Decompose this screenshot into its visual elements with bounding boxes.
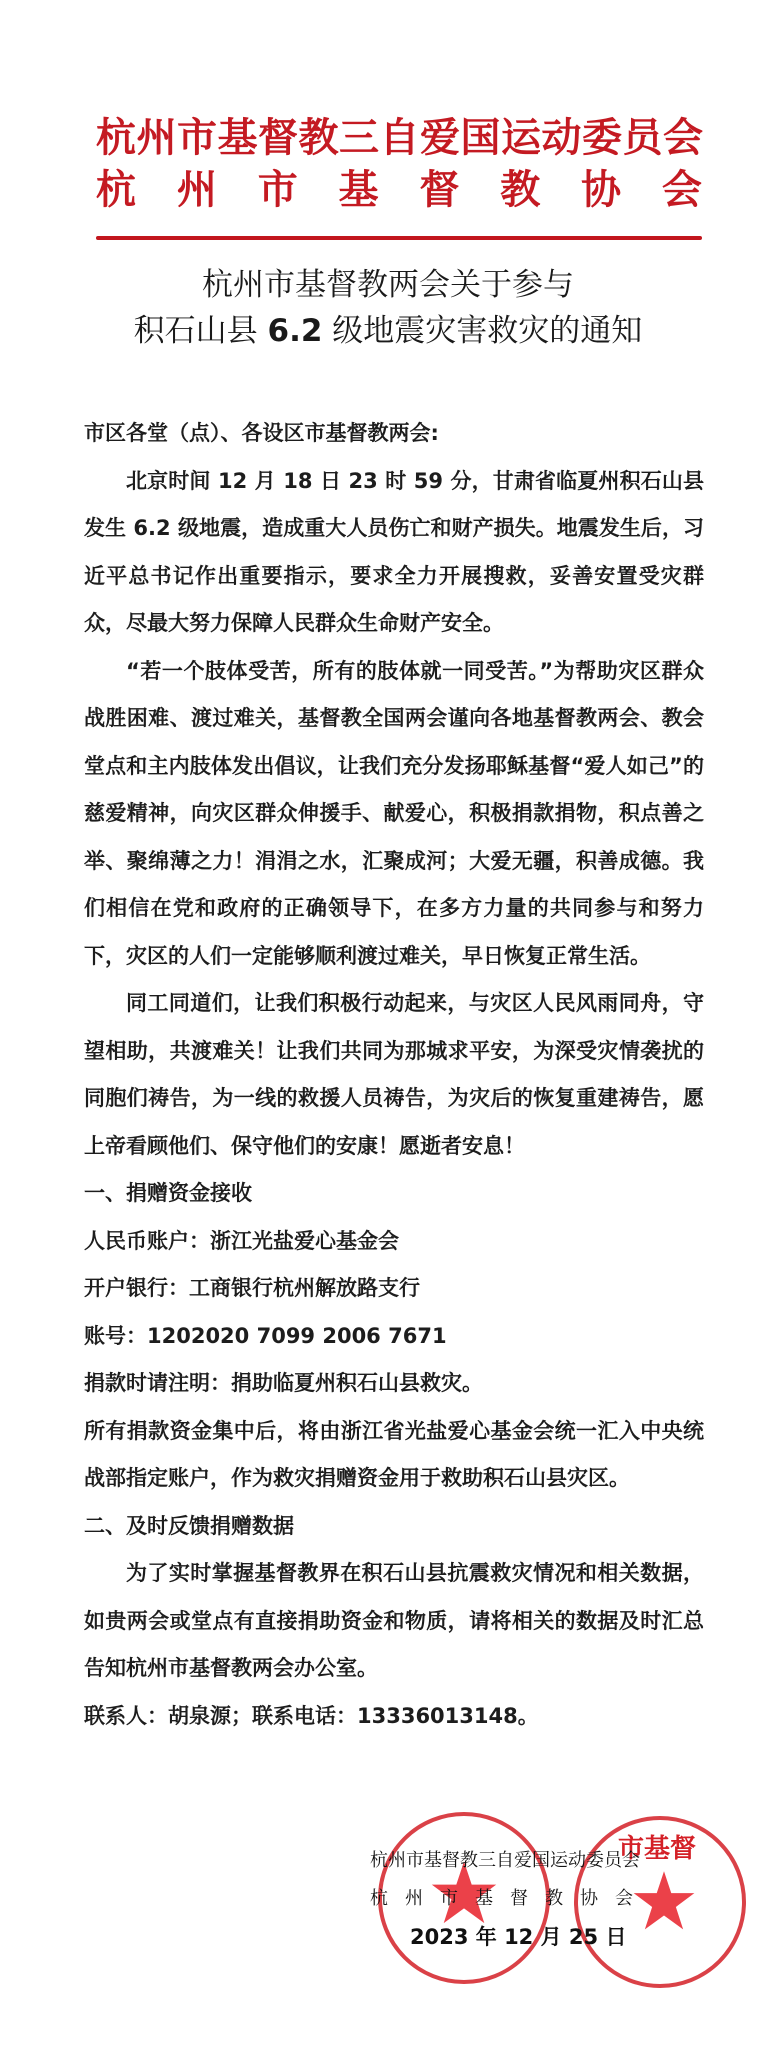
account-number: 账号：1202020 7099 2006 7671 <box>84 1313 704 1361</box>
section2-body: 为了实时掌握基督教界在积石山县抗震救灾情况和相关数据，如贵两会或堂点有直接捐助资… <box>84 1550 704 1693</box>
section2-heading: 二、及时反馈捐赠数据 <box>84 1503 704 1551</box>
letterhead-org2-char: 杭 <box>96 164 136 216</box>
title-line2-suffix: 级地震灾害救灾的通知 <box>322 313 642 349</box>
letterhead-org2-char: 督 <box>419 164 459 216</box>
letterhead-org2: 杭州市基督教协会 <box>96 164 702 216</box>
letterhead-org2-char: 州 <box>177 164 217 216</box>
signature-date: 2023 年 12 月 25 日 <box>370 1918 730 1956</box>
title-magnitude: 6.2 <box>268 313 323 349</box>
letterhead: 杭州市基督教三自爱国运动委员会 杭州市基督教协会 <box>96 112 702 216</box>
title-line2: 积石山县 6.2 级地震灾害救灾的通知 <box>0 308 776 354</box>
document-body: 市区各堂（点）、各设区市基督教两会: 北京时间 12 月 18 日 23 时 5… <box>84 410 704 1740</box>
account-name: 人民币账户：浙江光盐爱心基金会 <box>84 1218 704 1266</box>
donation-note: 捐款时请注明：捐助临夏州积石山县救灾。 <box>84 1360 704 1408</box>
contact-info: 联系人：胡泉源；联系电话：13336013148。 <box>84 1693 704 1741</box>
signature-block: 杭州市基督教三自爱国运动委员会 杭州市基督教协会 2023 年 12 月 25 … <box>370 1842 730 1956</box>
letterhead-org2-char: 教 <box>500 164 540 216</box>
letterhead-org2-char: 会 <box>662 164 702 216</box>
signature-org2: 杭州市基督教协会 <box>370 1880 730 1918</box>
transfer-info: 所有捐款资金集中后，将由浙江省光盐爱心基金会统一汇入中央统战部指定账户，作为救灾… <box>84 1408 704 1503</box>
paragraph-prayer: 同工同道们，让我们积极行动起来，与灾区人民风雨同舟，守望相助，共渡难关！让我们共… <box>84 980 704 1170</box>
letterhead-org2-char: 市 <box>258 164 298 216</box>
title-line2-prefix: 积石山县 <box>134 313 268 349</box>
letterhead-org2-char: 基 <box>339 164 379 216</box>
letterhead-org1: 杭州市基督教三自爱国运动委员会 <box>96 112 702 164</box>
document-title: 杭州市基督教两会关于参与 积石山县 6.2 级地震灾害救灾的通知 <box>0 262 776 354</box>
signature-org1: 杭州市基督教三自爱国运动委员会 <box>370 1842 730 1880</box>
salutation: 市区各堂（点）、各设区市基督教两会: <box>84 410 704 458</box>
bank-name: 开户银行：工商银行杭州解放路支行 <box>84 1265 704 1313</box>
letterhead-divider <box>96 236 702 240</box>
title-line1: 杭州市基督教两会关于参与 <box>0 262 776 308</box>
paragraph-earthquake: 北京时间 12 月 18 日 23 时 59 分，甘肃省临夏州积石山县发生 6.… <box>84 458 704 648</box>
letterhead-org2-char: 协 <box>581 164 621 216</box>
section1-heading: 一、捐赠资金接收 <box>84 1170 704 1218</box>
paragraph-appeal: “若一个肢体受苦，所有的肢体就一同受苦。”为帮助灾区群众战胜困难、渡过难关，基督… <box>84 648 704 981</box>
